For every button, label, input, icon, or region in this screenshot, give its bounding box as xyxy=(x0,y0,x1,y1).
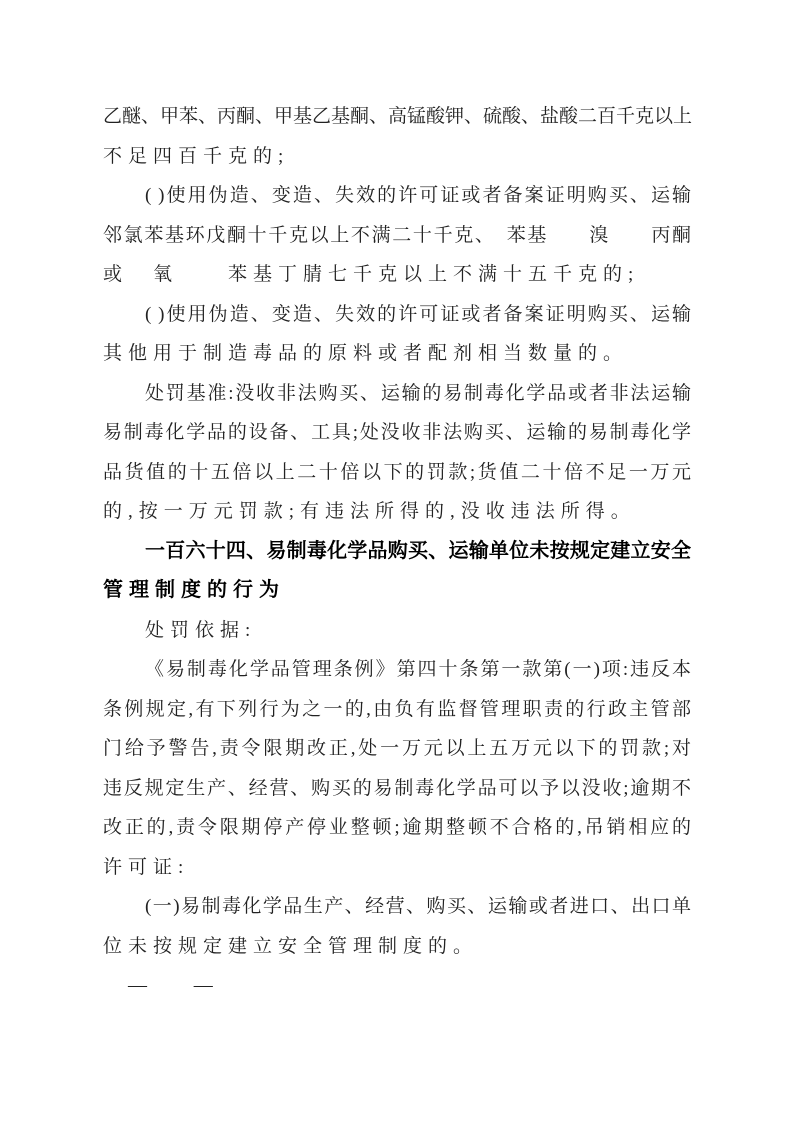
text-line: 位未按规定建立安全管理制度的。 xyxy=(103,927,691,967)
text-line: ( )使用伪造、变造、失效的许可证或者备案证明购买、运输 xyxy=(103,295,691,335)
text-line: 其他用于制造毒品的原料或者配剂相当数量的。 xyxy=(103,334,691,374)
text-line: 乙醚、甲苯、丙酮、甲基乙基酮、高锰酸钾、硫酸、盐酸二百千克以上 xyxy=(103,97,691,137)
text-line: 邻氯苯基环戊酮十千克以上不满二十千克、 苯基 溴 丙酮 xyxy=(103,216,691,256)
text-line: 《易制毒化学品管理条例》第四十条第一款第(一)项:违反本 xyxy=(103,650,691,690)
text-line: 处罚基准:没收非法购买、运输的易制毒化学品或者非法运输 xyxy=(103,374,691,414)
document-page: 乙醚、甲苯、丙酮、甲基乙基酮、高锰酸钾、硫酸、盐酸二百千克以上不足四百千克的;(… xyxy=(0,0,793,1122)
text-line: 的,按一万元罚款;有违法所得的,没收违法所得。 xyxy=(103,492,691,532)
text-line: 改正的,责令限期停产停业整顿;逾期整顿不合格的,吊销相应的 xyxy=(103,808,691,848)
heading-line: 管理制度的行为 xyxy=(103,571,691,611)
text-line: 易制毒化学品的设备、工具;处没收非法购买、运输的易制毒化学 xyxy=(103,413,691,453)
document-body: 乙醚、甲苯、丙酮、甲基乙基酮、高锰酸钾、硫酸、盐酸二百千克以上不足四百千克的;(… xyxy=(103,97,691,966)
text-line: 处罚依据: xyxy=(103,611,691,651)
text-line: 条例规定,有下列行为之一的,由负有监督管理职责的行政主管部 xyxy=(103,690,691,730)
text-line: ( )使用伪造、变造、失效的许可证或者备案证明购买、运输 xyxy=(103,176,691,216)
text-line: 违反规定生产、经营、购买的易制毒化学品可以予以没收;逾期不 xyxy=(103,769,691,809)
text-line: (一)易制毒化学品生产、经营、购买、运输或者进口、出口单 xyxy=(103,887,691,927)
text-line: 门给予警告,责令限期改正,处一万元以上五万元以下的罚款;对 xyxy=(103,729,691,769)
text-line: 不足四百千克的; xyxy=(103,137,691,177)
text-line: 许可证: xyxy=(103,848,691,888)
text-line: 或 氧 苯基丁腈七千克以上不满十五千克的; xyxy=(103,255,691,295)
text-line: 品货值的十五倍以上二十倍以下的罚款;货值二十倍不足一万元 xyxy=(103,453,691,493)
page-footer-dashes: — — xyxy=(103,966,213,1006)
heading-line: 一百六十四、易制毒化学品购买、运输单位未按规定建立安全 xyxy=(103,532,691,572)
